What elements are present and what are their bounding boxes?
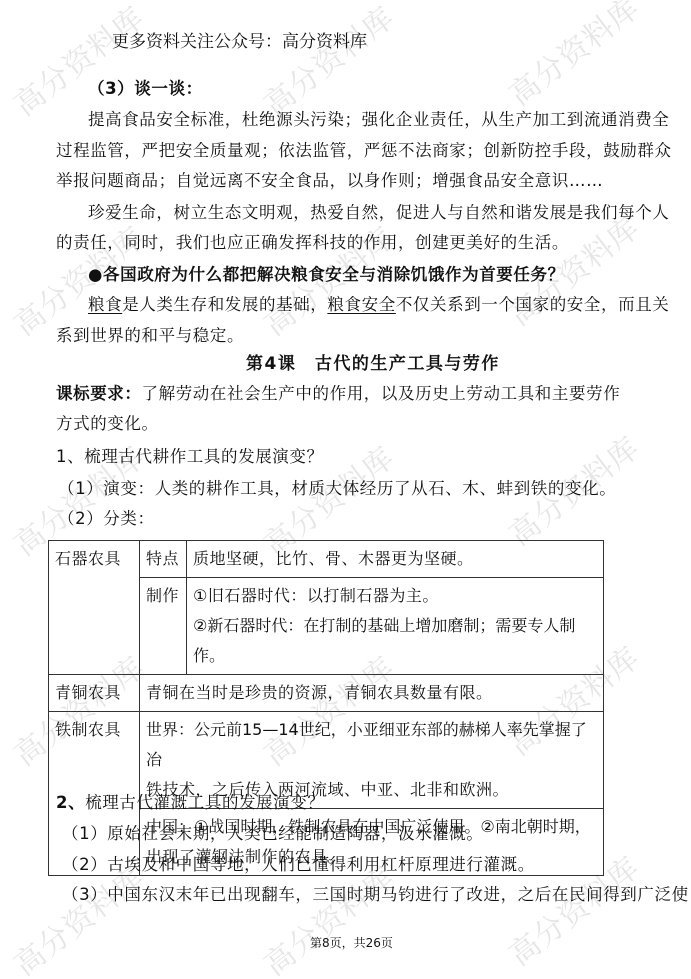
table-row: 青铜农具 青铜在当时是珍贵的资源，青铜农具数量有限。 [49, 675, 604, 712]
question-2-item: （1）原始社会末期，人类已经能制造陶器，汲水灌溉。 [62, 823, 484, 845]
question-2-number: 2、 [56, 793, 85, 812]
answer-line: 粮食是人类生存和发展的基础，粮食安全不仅关系到一个国家的安全，而且关 [88, 294, 669, 316]
paragraph-line: 珍爱生命，树立生态文明观，热爱自然，促进人与自然和谐发展是我们每个人 [88, 202, 669, 224]
page-number: 第8页，共26页 [310, 932, 393, 954]
table-cell-category: 石器农具 [49, 541, 140, 675]
requirement-line: 课标要求：了解劳动在社会生产中的作用，以及历史上劳动工具和主要劳作 [56, 383, 620, 405]
paragraph-line: 提高食品安全标准，杜绝源头污染；强化企业责任，从生产加工到流通消费全 [88, 109, 669, 131]
underlined-term: 粮食 [88, 295, 122, 314]
underlined-term: 粮食安全 [327, 295, 395, 314]
requirement-text: 了解劳动在社会生产中的作用，以及历史上劳动工具和主要劳作 [142, 384, 621, 403]
watermark: 高分资料库 [3, 0, 152, 124]
table-cell-content: ①旧石器时代：以打制石器为主。 ②新石器时代：在打制的基础上增加磨制；需要专人制… [187, 578, 604, 675]
answer-line: 系到世界的和平与稳定。 [56, 325, 244, 347]
table-cell-category: 青铜农具 [49, 675, 140, 712]
table-cell-content: 质地坚硬，比竹、骨、木器更为坚硬。 [187, 541, 604, 578]
table-cell-line: 世界：公元前15—14世纪，小亚细亚东部的赫梯人率先掌握了冶 [146, 715, 597, 775]
question-1-item: （1）演变：人类的耕作工具，材质大体经历了从石、木、蚌到铁的变化。 [58, 478, 616, 500]
table-cell-content: 青铜在当时是珍贵的资源，青铜农具数量有限。 [140, 675, 604, 712]
table-cell-line: ②新石器时代：在打制的基础上增加磨制；需要专人制作。 [193, 611, 597, 671]
paragraph-line: 举报问题商品；自觉远离不安全食品，以身作则；增强食品安全意识…… [56, 170, 603, 192]
question-heading: ●各国政府为什么都把解决粮食安全与消除饥饿作为首要任务？ [88, 264, 565, 286]
answer-text: 是人类生存和发展的基础， [122, 295, 327, 314]
paragraph-line: 的责任，同时，我们也应正确发挥科技的作用，创建更美好的生活。 [56, 232, 569, 254]
section-heading: （3）谈一谈： [88, 78, 203, 100]
lesson-title: 第4课 古代的生产工具与劳作 [246, 353, 500, 375]
paragraph-line: 过程监管，严把安全质量观；依法监管，严惩不法商家；创新防控手段，鼓励群众 [56, 140, 672, 162]
question-1-item: （2）分类： [58, 508, 155, 530]
question-1: 1、梳理古代耕作工具的发展演变？ [56, 446, 324, 468]
question-2-item: （2）古埃及和中国等地，人们已懂得利用杠杆原理进行灌溉。 [62, 854, 535, 876]
watermark: 高分资料库 [253, 0, 402, 124]
answer-text: 不仅关系到一个国家的安全，而且关 [396, 295, 670, 314]
requirement-line: 方式的变化。 [56, 413, 159, 435]
table-cell-subcategory: 特点 [140, 541, 187, 578]
table-row: 石器农具 特点 质地坚硬，比竹、骨、木器更为坚硬。 [49, 541, 604, 578]
requirement-label: 课标要求： [56, 384, 142, 403]
question-2-item: （3）中国东汉末年已出现翻车，三国时期马钧进行了改进，之后在民间得到广泛使 [62, 884, 689, 906]
table-cell-line: ①旧石器时代：以打制石器为主。 [193, 581, 597, 611]
watermark: 高分资料库 [498, 0, 647, 114]
question-2-text: 梳理古代灌溉工具的发展演变？ [85, 793, 324, 812]
question-2: 2、梳理古代灌溉工具的发展演变？ [56, 792, 325, 814]
page-header: 更多资料关注公众号：高分资料库 [112, 31, 367, 53]
table-cell-subcategory: 制作 [140, 578, 187, 675]
